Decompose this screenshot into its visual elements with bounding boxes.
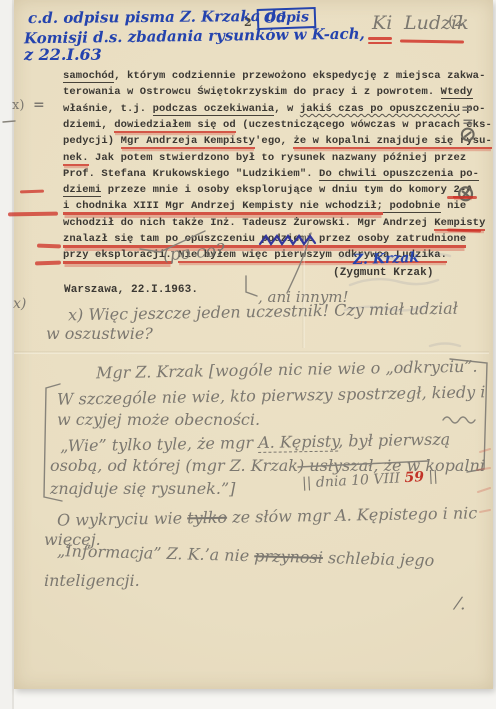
- red-underlined-chodnika: i chodnika XIII Mgr Andrzej Kempisty nie…: [63, 200, 383, 215]
- pencil-text: „Wie” tylko tyle, że mgr: [60, 433, 258, 455]
- pencil-block2-line3: znajduje się rysunek.”]: [50, 479, 235, 498]
- corner-page-mark: (2: [448, 12, 463, 30]
- typed-line-8: dziemi przeze mnie i osoby eksplorujące …: [63, 184, 473, 196]
- typed-line-2: terowania w Ostrowcu Świętokrzyskim do p…: [63, 86, 473, 98]
- pencil-text: schlebia jego: [323, 548, 435, 570]
- fold-crease-horizontal: [14, 351, 489, 354]
- typed-text: terowania w Ostrowcu Świętokrzyskim do p…: [63, 86, 441, 98]
- underlined-wtedy: Wtedy: [441, 86, 473, 99]
- typed-text: Prof. Stefana Krukowskiego "Ludzikiem".: [63, 168, 319, 180]
- scanner-background: c.d. odpisu pisma Z. Krzaka do 2 Odpis K…: [0, 0, 496, 709]
- red-underline-ki-1: [368, 37, 392, 40]
- typed-text: przeze mnie i osoby eksplorujące w dniu …: [101, 184, 453, 196]
- wavy-underlined-jakis-czas: jakiś czas po opuszczeniu: [300, 103, 460, 115]
- typed-line-1: samochód, którym codziennie przewożono e…: [63, 70, 485, 82]
- typed-line-7: Prof. Stefana Krukowskiego "Ludzikiem". …: [63, 168, 479, 180]
- pencil-text: , był pierwszą: [338, 430, 450, 451]
- underlined-dziemi: dziemi: [63, 184, 101, 197]
- red-mark-right-1: [447, 196, 477, 199]
- topic-word-ki: Ki: [372, 12, 392, 34]
- typed-text: , którym codziennie przewożono ekspedycj…: [114, 70, 485, 82]
- dash-underlined-kepisty: A. Kępisty: [258, 432, 338, 453]
- red-underlined-kempisty: Mgr Andrzeja Kempisty: [121, 135, 255, 149]
- dateline: Warszawa, 22.I.1963.: [64, 284, 198, 296]
- red-underlined-nek: nek.: [63, 152, 89, 166]
- typed-line-10: wchodził do nich także Inż. Tadeusz Żuro…: [63, 217, 485, 229]
- typed-line-4: dziemi, dowiedziałem się od (uczestniczą…: [63, 119, 492, 131]
- margin-equals-left: =: [33, 97, 45, 113]
- pencil-text: O wykryciu wie: [57, 508, 187, 529]
- underlined-do-chwili: Do chwili opuszczenia po-: [319, 168, 479, 181]
- pencil-text: ||: [424, 468, 439, 485]
- red-underline-ki-2: [368, 42, 392, 44]
- pencil-note1-line2: w oszustwie?: [46, 324, 153, 343]
- red-underlined-znalazl: znalazł się tam po opuszczeniu podziemi …: [63, 233, 466, 248]
- typed-line-3: właśnie, t.j. podczas oczekiwania, w jak…: [63, 103, 486, 115]
- red-underlined-przy-eksploracji: przy eksploracji.: [63, 249, 172, 264]
- header-note-line3: z 22.I.63: [24, 45, 102, 64]
- underlined-samochod: samochód: [63, 70, 114, 83]
- fold-crease-vertical: [302, 226, 305, 348]
- handwritten-signature: Z. Krzak: [353, 250, 420, 268]
- struck-word-przynosi: przynosi: [254, 546, 323, 567]
- underlined-podobnie: podobnie: [383, 200, 441, 213]
- red-overwritten-year: 59: [404, 469, 424, 486]
- red-mark-left-3: [37, 244, 61, 249]
- pencil-block1-line3: w czyjej może obecności.: [57, 410, 260, 429]
- margin-x-mark-top: x): [12, 98, 24, 113]
- typed-line-6: nek. Jak potem stwierdzono był to rysune…: [63, 152, 466, 164]
- typed-line-5: pedycji) Mgr Andrzeja Kempisty'ego, że w…: [63, 135, 492, 147]
- pencil-block4-line2: inteligencji.: [44, 571, 140, 590]
- struck-word-tylko: tylko: [187, 508, 227, 528]
- typed-text: Jak potem stwierdzono był to rysunek naz…: [89, 152, 467, 164]
- circled-x-icon: ⊗: [455, 180, 477, 208]
- typed-text: właśnie, t.j.: [63, 103, 153, 115]
- typed-text: wchodził do nich także Inż. Tadeusz Żuro…: [63, 217, 434, 229]
- typed-text: dziemi,: [63, 119, 114, 131]
- typed-line-11: znalazł się tam po opuszczeniu podziemi …: [63, 233, 466, 245]
- margin-x-mark-mid: x): [13, 296, 26, 312]
- underlined-podczas: podczas oczekiwania: [153, 103, 275, 116]
- red-underlined-dowiedzialem: dowiedziałem się od: [114, 119, 236, 133]
- circled-slash-icon: ⊘: [457, 121, 478, 147]
- typed-text: (uczestniczącego wówczas w pracach eks-: [236, 119, 492, 131]
- typed-line-9: i chodnika XIII Mgr Andrzej Kempisty nie…: [63, 200, 466, 212]
- typed-text: 'ego,: [255, 135, 293, 147]
- typed-text: , w: [274, 103, 300, 115]
- typed-signature: (Zygmunt Krzak): [333, 267, 434, 279]
- typed-text: pedycji): [63, 135, 121, 147]
